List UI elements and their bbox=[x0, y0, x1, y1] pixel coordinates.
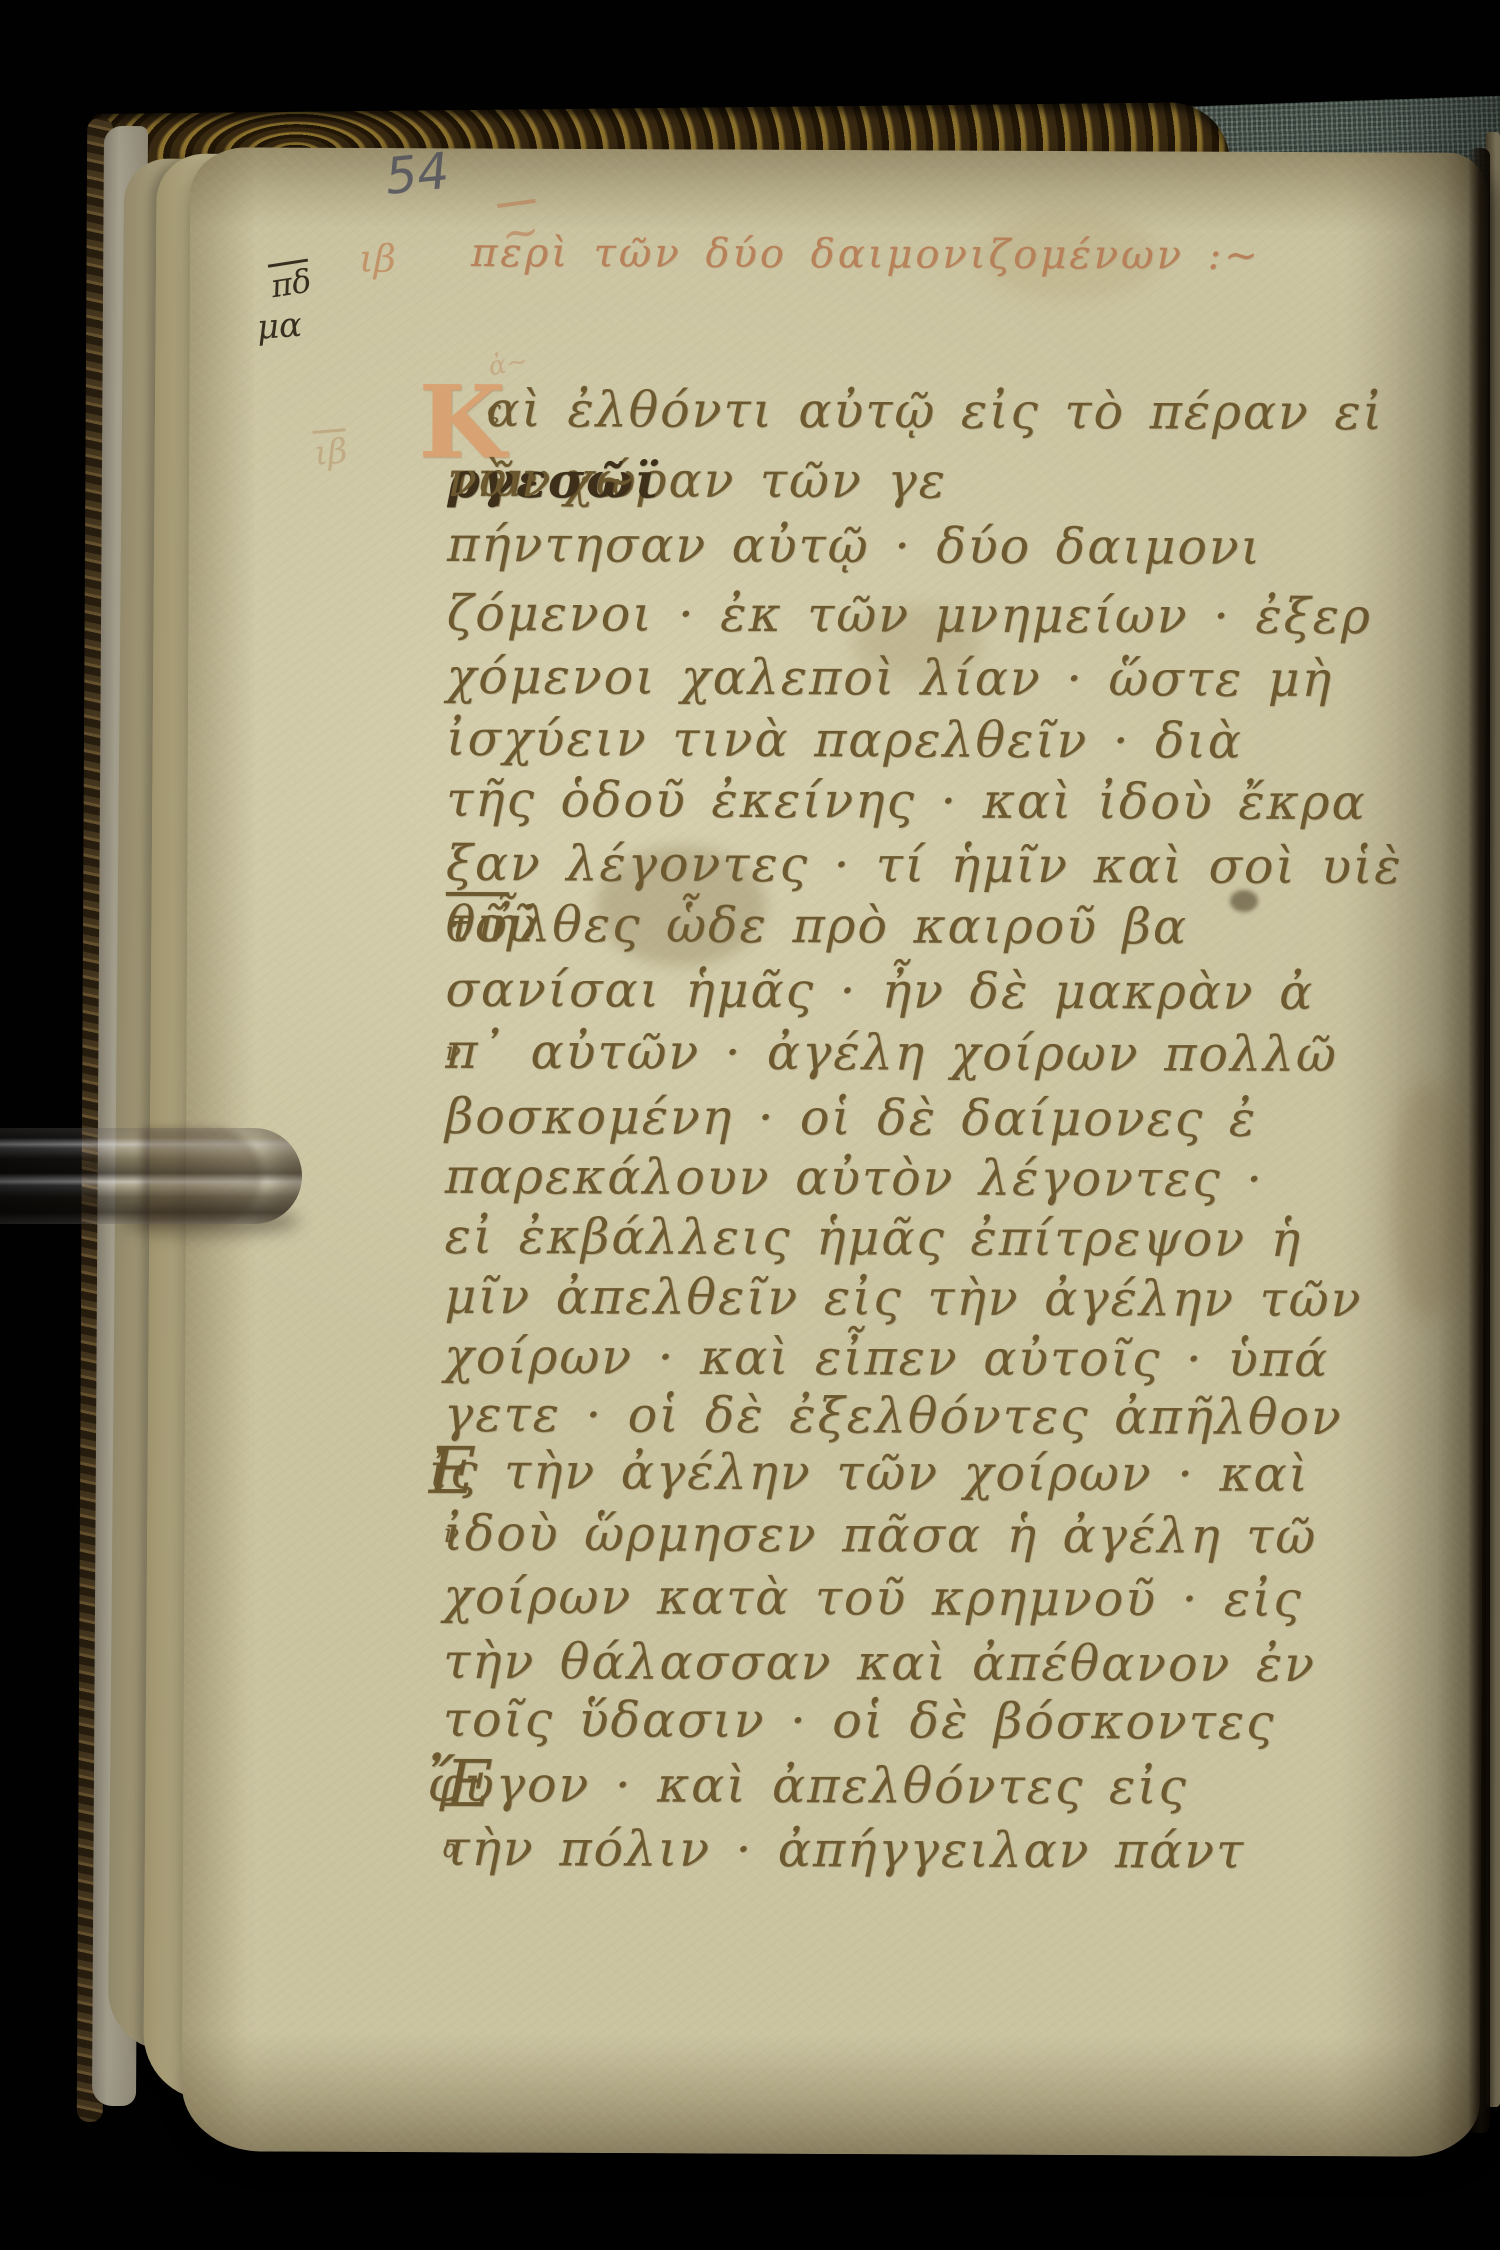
text-segment: φυγον · καὶ ἀπελθόντες εἰς bbox=[428, 1756, 1188, 1817]
text-segment: εἰ ἐκβάλλεις ἡμᾶς ἐπίτρεψον ἡ bbox=[445, 1208, 1303, 1269]
text-segment: ν bbox=[443, 1505, 461, 1563]
rubric-flourish: ∼ bbox=[498, 203, 544, 262]
text-segment: α bbox=[442, 1820, 461, 1878]
text-segment: π᾽ αὐτῶν · ἀγέλη χοίρων πολλῶ bbox=[445, 1023, 1338, 1084]
text-segment: ς bbox=[486, 381, 502, 439]
text-segment: γετε · οἱ δὲ ἐξελθόντες ἀπῆλθον bbox=[444, 1386, 1343, 1447]
text-segment: τὴν πόλιν · ἀπήγγειλαν πάντ bbox=[442, 1820, 1245, 1881]
text-segment: παρεκάλουν αὐτὸν λέγοντες · bbox=[445, 1148, 1264, 1209]
faded-start-mark: ἀ∼ bbox=[486, 346, 530, 382]
text-segment: · ἦλθες ὧδε πρὸ καιροῦ βα bbox=[446, 896, 1189, 957]
text-segment: χοίρων κατὰ τοῦ κρημνοῦ · εἰς bbox=[443, 1568, 1303, 1629]
text-segment: ζόμενοι · ἐκ τῶν μνημείων · ἐξερ bbox=[447, 585, 1372, 646]
text-segment: ἰδοὺ ὥρμησεν πᾶσα ἡ ἀγέλη τῶ bbox=[443, 1505, 1317, 1566]
text-segment: ξαν λέγοντες · τί ἡμῖν καὶ σοὶ υἱὲ bbox=[446, 835, 1403, 896]
text-segment: μῖν ἀπελθεῖν εἰς τὴν ἀγέλην τῶν bbox=[444, 1268, 1362, 1329]
section-number-ink-top: πδ bbox=[268, 262, 314, 306]
text-layer: περὶ τῶν δύο δαιμονιζομένων :∼ Κ αὶ ἐλθό… bbox=[0, 0, 1500, 2250]
text-segment: σανίσαι ἡμᾶς · ἦν δὲ μακρὰν ἀ bbox=[445, 961, 1314, 1022]
text-segment: τῆς ὁδοῦ ἐκείνης · καὶ ἰδοὺ ἔκρα bbox=[446, 771, 1367, 832]
text-segment: ἰς τὴν ἀγέλην τῶν χοίρων · καὶ bbox=[429, 1443, 1310, 1504]
glass-page-weight bbox=[0, 1128, 302, 1224]
text-segment: αὶ ἐλθόντι αὐτῷ εἰς τὸ πέραν εἰ bbox=[486, 381, 1384, 442]
folio-number-pencil: 54 bbox=[383, 142, 452, 206]
text-segment: τὴν θάλασσαν καὶ ἀπέθανον ἐν bbox=[443, 1633, 1316, 1694]
text-segment: πήντησαν αὐτῷ · δύο δαιμονι bbox=[447, 516, 1262, 577]
text-segment: χοίρων · καὶ εἶπεν αὐτοῖς · ὑπά bbox=[444, 1328, 1329, 1389]
text-segment: ἰσχύειν τινὰ παρελθεῖν · διὰ bbox=[446, 710, 1243, 771]
text-segment: ν bbox=[445, 1023, 463, 1081]
text-segment: χόμενοι χαλεποὶ λίαν · ὥστε μὴ bbox=[446, 648, 1333, 709]
manuscript-photo: περὶ τῶν δύο δαιμονιζομένων :∼ Κ αὶ ἐλθό… bbox=[0, 0, 1500, 2250]
text-segment: νῶν ·∼ bbox=[447, 451, 638, 510]
kephalaion-number-faded: ιβ bbox=[313, 431, 349, 474]
section-number-ink-bottom: μα bbox=[256, 305, 304, 348]
text-segment: βοσκομένη · οἱ δὲ δαίμονες ἐ bbox=[445, 1088, 1257, 1149]
rubric-header: περὶ τῶν δύο δαιμονιζομένων :∼ bbox=[471, 230, 1261, 279]
kephalaion-number-red: ιβ bbox=[359, 237, 396, 281]
text-segment: τοῖς ὕδασιν · οἱ δὲ βόσκοντες bbox=[443, 1691, 1276, 1752]
